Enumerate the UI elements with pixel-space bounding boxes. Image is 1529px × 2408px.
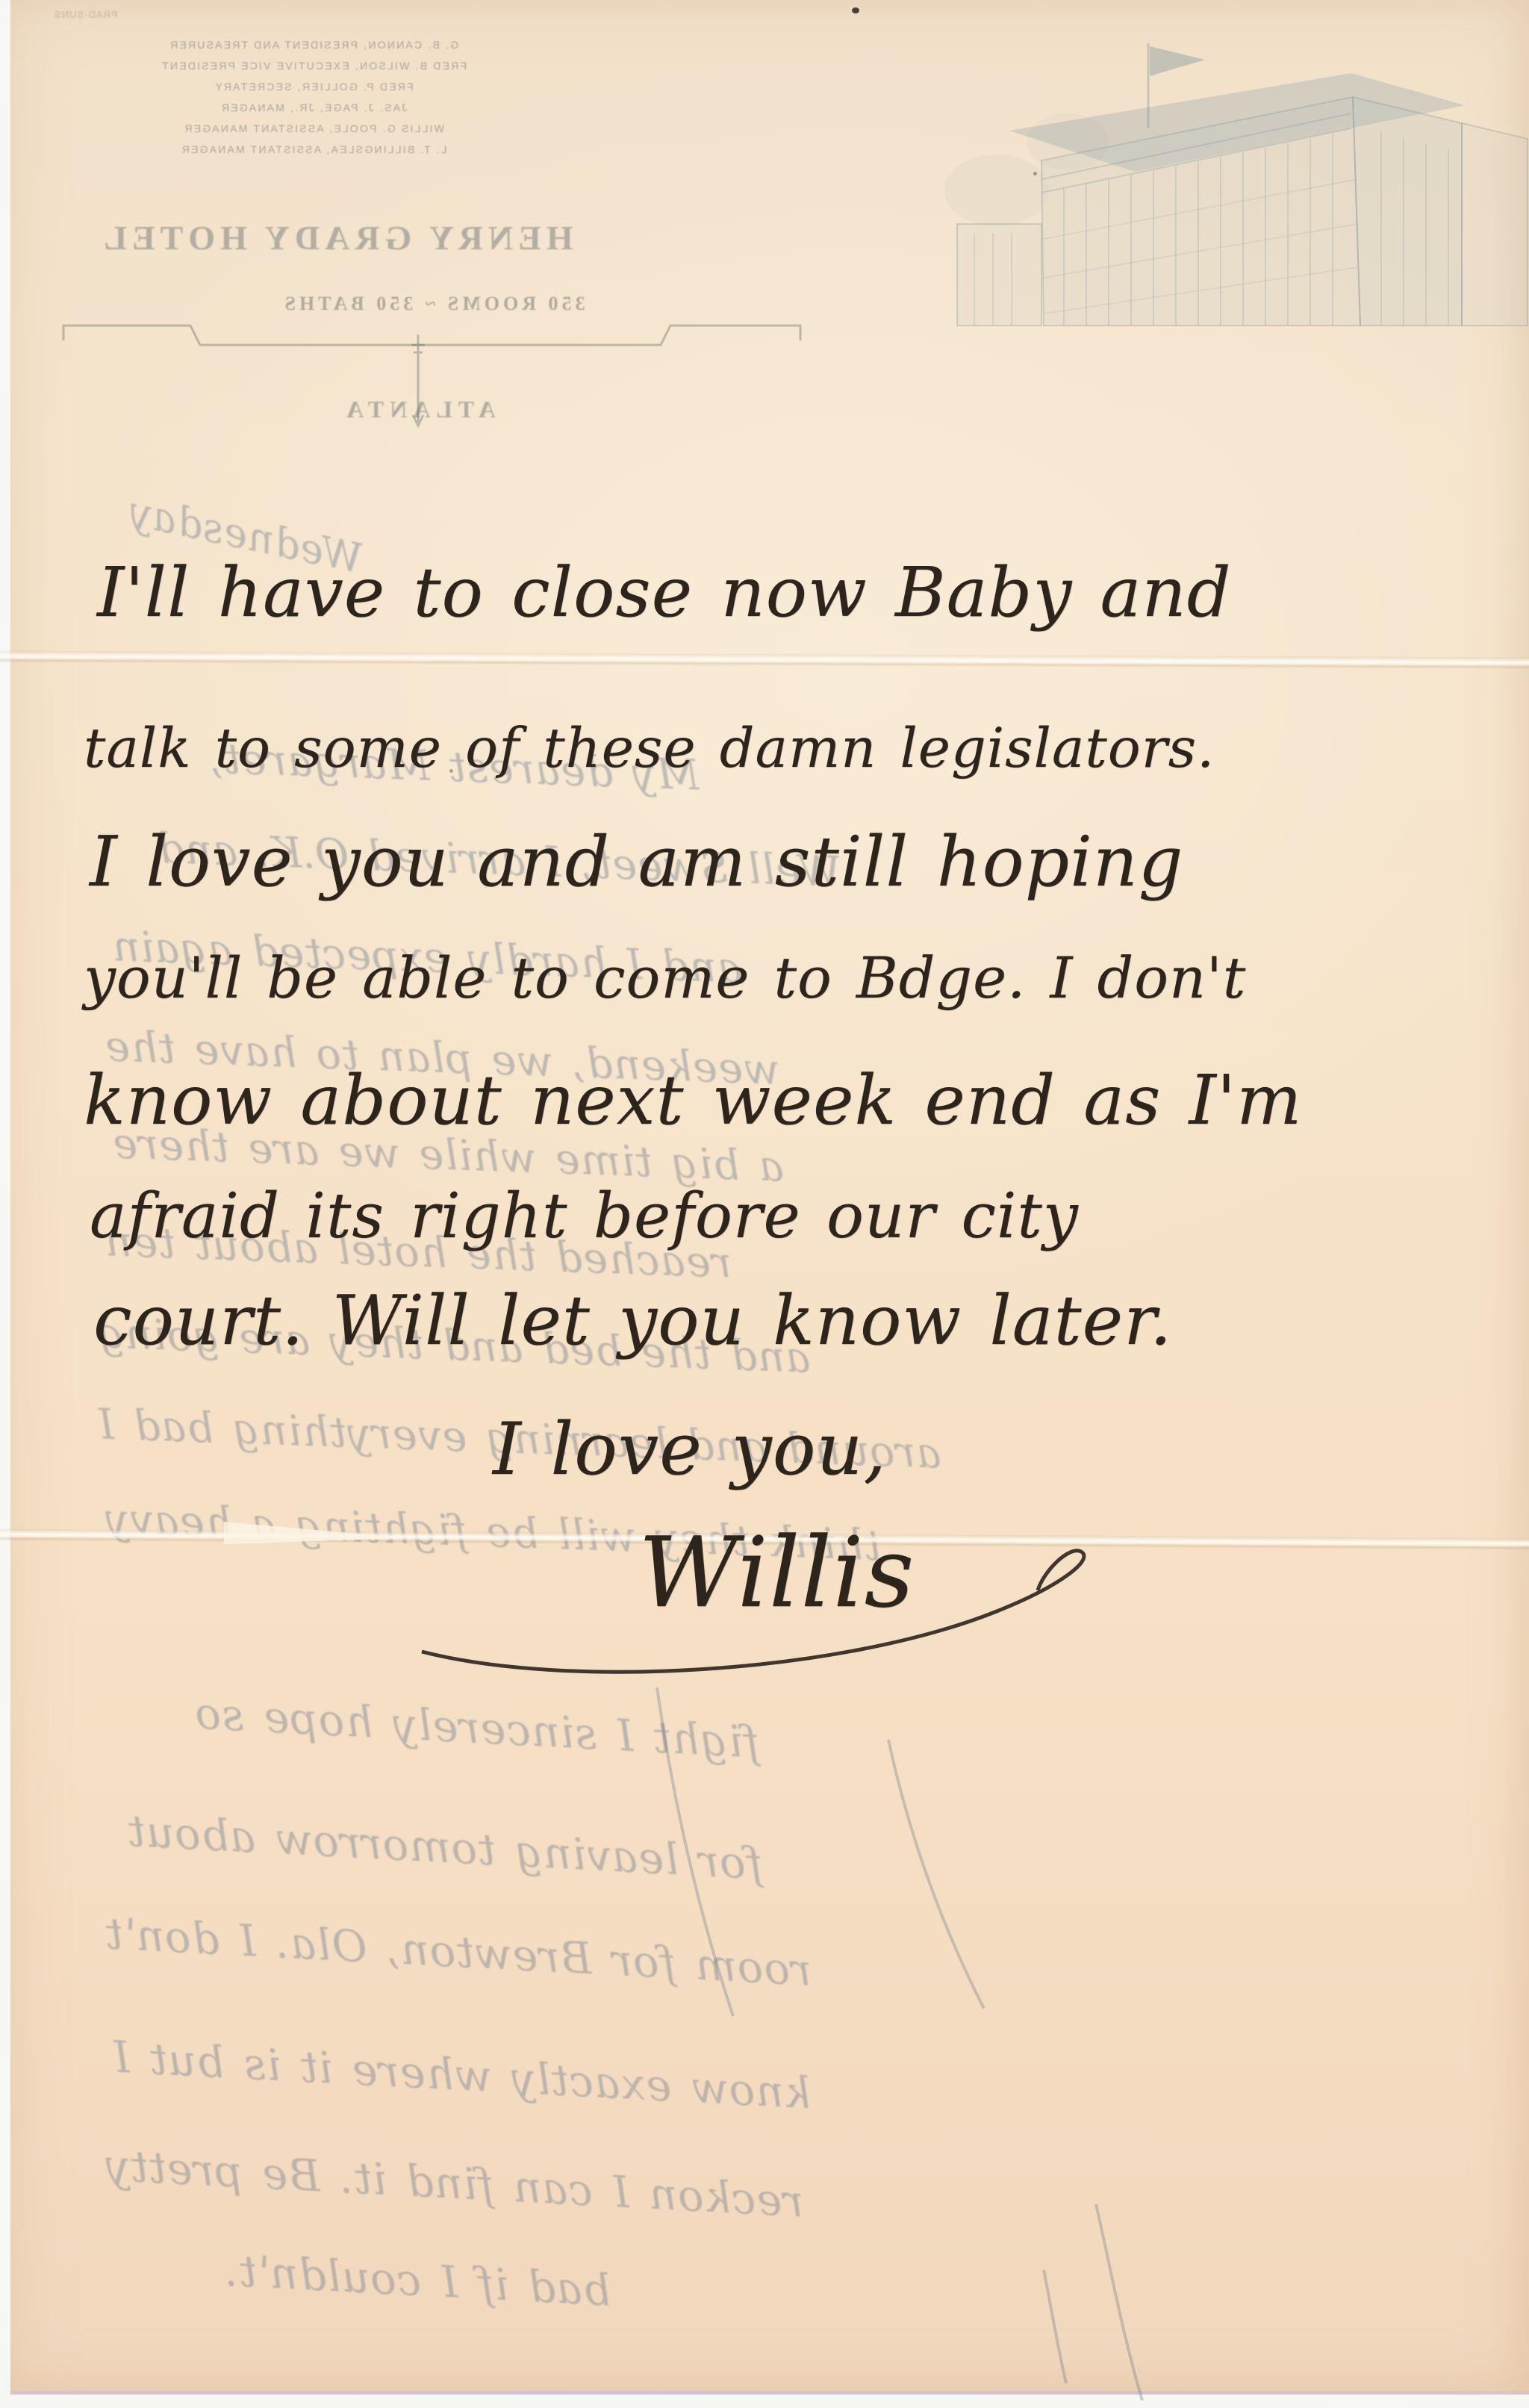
- signature: Willis: [638, 1516, 915, 1629]
- letterhead-officer-line: WILLIS G. POOLE, ASSISTANT MANAGER: [127, 118, 500, 139]
- letterhead-hotel-name: HENRY GRADY HOTEL: [78, 218, 594, 258]
- dirt-speck: [852, 7, 859, 13]
- scan-edge-strip: [10, 2391, 1529, 2395]
- letter-line: talk to some of these damn legislators.: [84, 717, 1215, 780]
- letter-line: afraid its right before our city: [90, 1180, 1079, 1252]
- letterhead-officer-line: JAS. J. PAGE, JR., MANAGER: [127, 97, 500, 118]
- scanned-letter-page: PRAD-SUNS G. B. CANNON, PRESIDENT AND TR…: [0, 0, 1529, 2408]
- letter-line: I love you and am still hoping: [90, 821, 1183, 902]
- letter-line: you'll be able to come to Bdge. I don't: [84, 945, 1246, 1011]
- printers-mark: PRAD-SUNS: [54, 9, 118, 20]
- letter-line: know about next week end as I'm: [84, 1060, 1302, 1140]
- letterhead-officer-line: FRED P. GOLLIER, SECRETARY: [127, 76, 500, 97]
- letterhead-officer-line: L. T. BILLINGSLEA, ASSISTANT MANAGER: [127, 139, 500, 160]
- letter-line: I'll have to close now Baby and: [97, 553, 1232, 632]
- letterhead-capacity-line: 350 ROOMS ~ 350 BATHS: [209, 293, 657, 315]
- closing-line: I love you,: [493, 1407, 887, 1491]
- letterhead-officer-line: FRED B. WILSON, EXECUTIVE VICE PRESIDENT: [127, 55, 500, 76]
- letterhead-city: ATLANTA: [332, 396, 504, 423]
- dirt-speck: [449, 769, 453, 773]
- dirt-speck: [1033, 172, 1037, 175]
- letterhead-officers-block: G. B. CANNON, PRESIDENT AND TREASURER FR…: [127, 34, 500, 160]
- letter-line: court. Will let you know later.: [93, 1281, 1172, 1360]
- letterhead-officer-line: G. B. CANNON, PRESIDENT AND TREASURER: [127, 34, 500, 55]
